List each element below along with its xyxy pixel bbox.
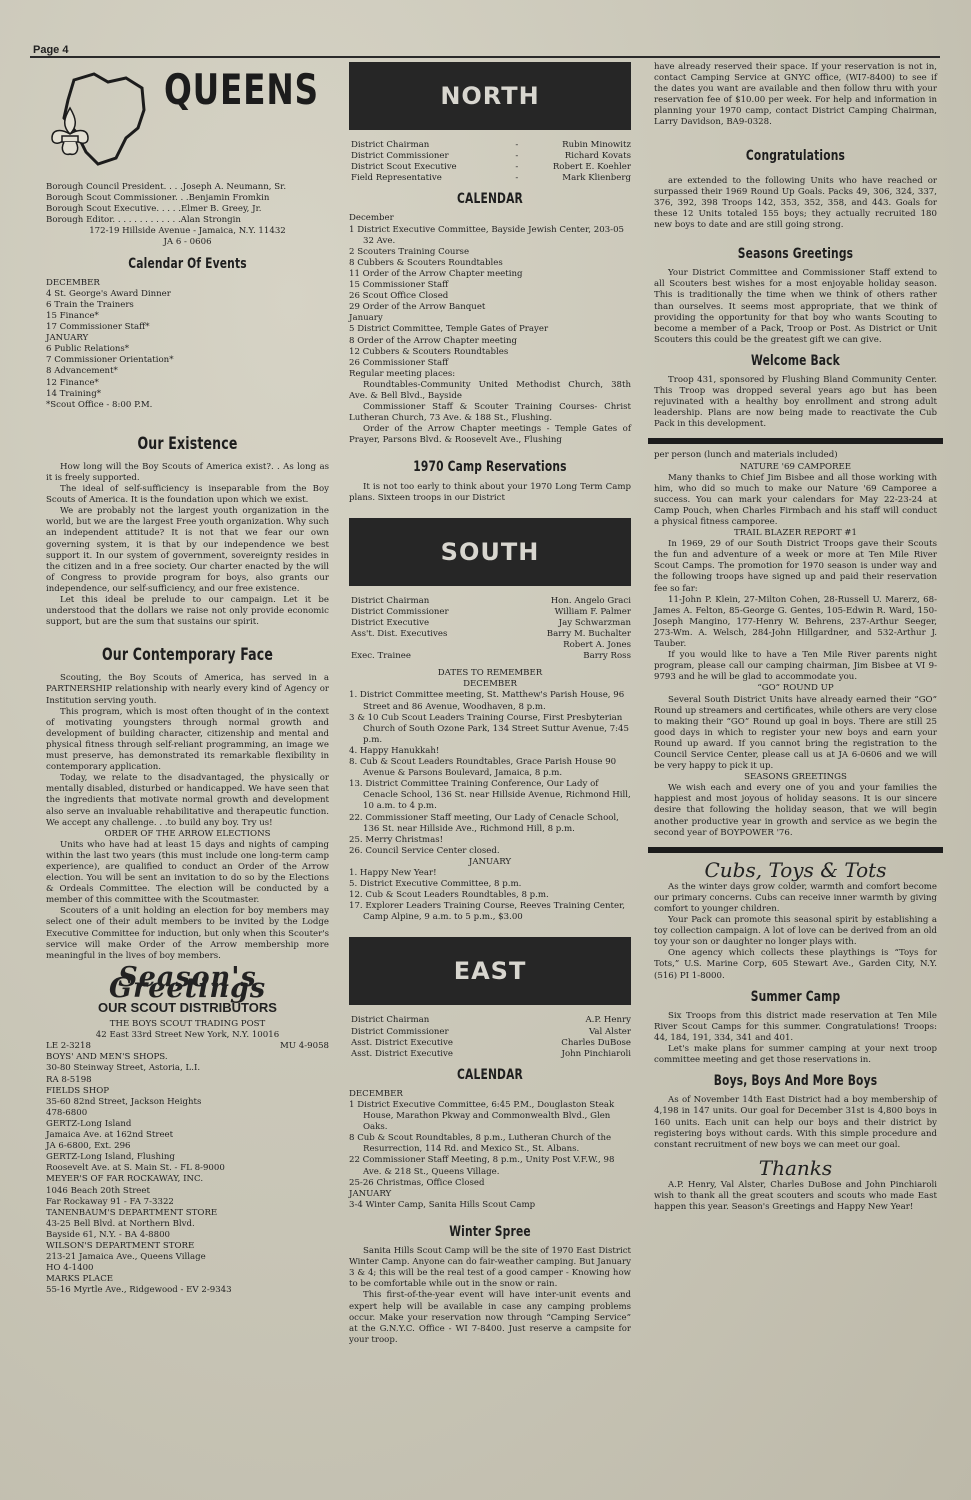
officer-name: Mark Klienberg	[553, 173, 631, 184]
paragraph: Scouters of a unit holding an election f…	[46, 906, 329, 961]
south-december-label: DECEMBER	[349, 679, 631, 690]
congratulations-heading: Congratulations	[679, 151, 911, 162]
distributor-line: FIELDS SHOP	[46, 1086, 329, 1097]
south-greetings-text: We wish each and every one of you and yo…	[654, 783, 937, 838]
south-banner: SOUTH	[349, 518, 631, 586]
thanks-text: A.P. Henry, Val Alster, Charles DuBose a…	[654, 1180, 937, 1213]
dates-to-remember-heading: DATES TO REMEMBER	[349, 668, 631, 679]
contemporary-face-body: Scouting, the Boy Scouts of America, has…	[46, 673, 329, 828]
paragraph: Today, we relate to the disadvantaged, t…	[46, 773, 329, 828]
south-december-list: 1. District Committee meeting, St. Matth…	[349, 690, 631, 856]
officer-role: Field Representative	[351, 173, 481, 184]
north-seasons-greetings-heading: Seasons Greetings	[679, 249, 911, 260]
officer-role: District Scout Executive	[351, 162, 481, 173]
dash: -	[487, 173, 547, 184]
officer-name: William F. Palmer	[547, 607, 631, 618]
officer-name: Rubin Minowitz	[553, 140, 631, 151]
our-existence-heading: Our Existence	[71, 439, 303, 450]
north-officers: District Chairman-Rubin MinowitzDistrict…	[351, 140, 631, 184]
officer-role: District Executive	[351, 618, 541, 629]
calendar-of-events-heading: Calendar Of Events	[71, 259, 303, 270]
officer-name: John Pinchiaroli	[561, 1049, 631, 1060]
thanks-heading: Thanks	[654, 1163, 937, 1174]
officer-role: District Commissioner	[351, 1027, 555, 1038]
queens-map-fleur-de-lis-icon	[46, 66, 156, 171]
officer-role: District Chairman	[351, 1015, 555, 1026]
distributors-heading: OUR SCOUT DISTRIBUTORS	[46, 1002, 329, 1013]
calendar-item: 12 Finance*	[46, 378, 329, 389]
officer-role	[351, 640, 541, 651]
calendar-item: 6 Train the Trainers	[46, 300, 329, 311]
calendar-item: 8 Cub & Scout Roundtables, 8 p.m., Luthe…	[349, 1133, 631, 1155]
distributor-line: MARKS PLACE	[46, 1274, 329, 1285]
east-calendar-list: DECEMBER1 District Executive Committee, …	[349, 1089, 631, 1211]
calendar-item: *Scout Office - 8:00 P.M.	[46, 400, 329, 411]
meeting-place: Order of the Arrow Chapter meetings - Te…	[349, 424, 631, 446]
paragraph: How long will the Boy Scouts of America …	[46, 462, 329, 484]
officer-role: District Chairman	[351, 596, 541, 607]
distributor-line: JA 6-6800, Ext. 296	[46, 1141, 329, 1152]
paragraph: Let's make plans for summer camping at y…	[654, 1044, 937, 1066]
calendar-item: 25-26 Christmas, Office Closed	[349, 1178, 631, 1189]
calendar-item: 26. Council Service Center closed.	[349, 846, 631, 857]
calendar-item: 5. District Executive Committee, 8 p.m.	[349, 879, 631, 890]
welcome-back-text: Troop 431, sponsored by Flushing Bland C…	[654, 375, 937, 430]
boys-text: As of November 14th East District had a …	[654, 1095, 937, 1150]
officer-role: Ass't. Dist. Executives	[351, 629, 541, 640]
oa-elections-subhead: ORDER OF THE ARROW ELECTIONS	[46, 829, 329, 840]
calendar-item: 4 St. George's Award Dinner	[46, 289, 329, 300]
paragraph: Six Troops from this district made reser…	[654, 1011, 937, 1044]
calendar-item: 7 Commissioner Orientation*	[46, 355, 329, 366]
calendar-item: 1. Happy New Year!	[349, 868, 631, 879]
section-divider	[648, 438, 943, 444]
distributor-line: 35-60 82nd Street, Jackson Heights	[46, 1097, 329, 1108]
calendar-item: 1 District Executive Committee, 6:45 P.M…	[349, 1100, 631, 1133]
calendar-of-events-list: DECEMBER 4 St. George's Award Dinner 6 T…	[46, 278, 329, 411]
meeting-place: Roundtables-Community United Methodist C…	[349, 380, 631, 402]
distributor-line: GERTZ-Long Island, Flushing	[46, 1152, 329, 1163]
distributor-line: Bayside 61, N.Y. - BA 4-8800	[46, 1230, 329, 1241]
calendar-item: 8 Order of the Arrow Chapter meeting	[349, 336, 631, 347]
east-calendar-heading: CALENDAR	[374, 1070, 605, 1081]
calendar-item: 15 Finance*	[46, 311, 329, 322]
east-officers: District ChairmanA.P. HenryDistrict Comm…	[351, 1015, 631, 1059]
calendar-item: 29 Order of the Arrow Banquet	[349, 302, 631, 313]
calendar-item: 17 Commissioner Staff*	[46, 322, 329, 333]
paragraph: Let this ideal be prelude to our campaig…	[46, 595, 329, 628]
officer-line: Borough Council President. . . .Joseph A…	[46, 182, 329, 193]
calendar-item: 6 Public Relations*	[46, 344, 329, 355]
trading-post-name: THE BOYS SCOUT TRADING POST	[46, 1019, 329, 1030]
paragraph: Your Pack can promote this seasonal spir…	[654, 915, 937, 948]
distributor-line: 43-25 Bell Blvd. at Northern Blvd.	[46, 1219, 329, 1230]
meeting-place: Commissioner Staff & Scouter Training Co…	[349, 402, 631, 424]
calendar-item: 12. Cub & Scout Leaders Roundtables, 8 p…	[349, 890, 631, 901]
east-banner: EAST	[349, 937, 631, 1005]
paragraph: This first-of-the-year event will have i…	[349, 1290, 631, 1345]
phone-right: MU 4-9058	[280, 1041, 329, 1052]
calendar-item: 3-4 Winter Camp, Sanita Hills Scout Camp	[349, 1200, 631, 1211]
calendar-item: 8 Cubbers & Scouters Roundtables	[349, 258, 631, 269]
calendar-item: 22. Commissioner Staff meeting, Our Lady…	[349, 813, 631, 835]
calendar-item: DECEMBER	[349, 1089, 631, 1100]
calendar-item: 8 Advancement*	[46, 366, 329, 377]
officer-role: Asst. District Executive	[351, 1049, 555, 1060]
calendar-item: 3 & 10 Cub Scout Leaders Training Course…	[349, 713, 631, 746]
dash: -	[487, 162, 547, 173]
calendar-item: 17. Explorer Leaders Training Course, Re…	[349, 901, 631, 923]
oa-elections-body: Units who have had at least 15 days and …	[46, 840, 329, 962]
calendar-item: 13. District Committee Training Conferen…	[349, 779, 631, 812]
north-seasons-greetings-text: Your District Committee and Commissioner…	[654, 268, 937, 346]
seasons-greetings-banner: Season's Greetings	[46, 972, 329, 994]
calendar-item: 22 Commissioner Staff Meeting, 8 p.m., U…	[349, 1155, 631, 1177]
officer-line: Borough Scout Executive. . . . .Elmer B.…	[46, 204, 329, 215]
camp-reservations-text: It is not too early to think about your …	[349, 482, 631, 504]
distributor-line: 1046 Beach 20th Street	[46, 1186, 329, 1197]
officer-name: Robert E. Koehler	[553, 162, 631, 173]
go-round-up-text: Several South District Units have alread…	[654, 695, 937, 773]
calendar-item: JANUARY	[46, 333, 329, 344]
officer-name: Jay Schwarzman	[547, 618, 631, 629]
calendar-item: 1 District Executive Committee, Bayside …	[349, 225, 631, 247]
paragraph: Units who have had at least 15 days and …	[46, 840, 329, 907]
officer-role: District Chairman	[351, 140, 481, 151]
calendar-item: DECEMBER	[46, 278, 329, 289]
distributor-line: WILSON'S DEPARTMENT STORE	[46, 1241, 329, 1252]
camp-reservations-heading: 1970 Camp Reservations	[374, 462, 605, 473]
calendar-item: 15 Commissioner Staff	[349, 280, 631, 291]
winter-spree-heading: Winter Spree	[374, 1227, 605, 1238]
trail-blazer-troops: 11-John P. Klein, 27-Milton Cohen, 28-Ru…	[654, 595, 937, 650]
calendar-item: 14 Training*	[46, 389, 329, 400]
distributor-line: 30-80 Steinway Street, Astoria, L.I.	[46, 1063, 329, 1074]
calendar-item: 26 Commissioner Staff	[349, 358, 631, 369]
south-greetings-heading: SEASONS GREETINGS	[654, 772, 937, 783]
camp-reservations-continued: have already reserved their space. If yo…	[654, 62, 937, 129]
distributor-line: RA 8-5198	[46, 1075, 329, 1086]
congratulations-text: are extended to the following Units who …	[654, 176, 937, 231]
section-divider	[648, 847, 943, 853]
paragraph: The ideal of self-sufficiency is insepar…	[46, 484, 329, 506]
queens-masthead: QUEENS	[46, 66, 329, 176]
calendar-item: Regular meeting places:	[349, 369, 631, 380]
distributor-line: Jamaica Ave. at 162nd Street	[46, 1130, 329, 1141]
calendar-item: JANUARY	[349, 1189, 631, 1200]
officer-name: Hon. Angelo Graci	[547, 596, 631, 607]
officer-role: Exec. Trainee	[351, 651, 541, 662]
officer-name: Barry M. Buchalter	[547, 629, 631, 640]
calendar-item: 12 Cubbers & Scouters Roundtables	[349, 347, 631, 358]
per-person-text: per person (lunch and materials included…	[654, 450, 937, 461]
dash: -	[487, 151, 547, 162]
calendar-item: December	[349, 213, 631, 224]
trail-blazer-heading: TRAIL BLAZER REPORT #1	[654, 528, 937, 539]
queens-title: QUEENS	[164, 84, 319, 95]
officer-name: Barry Ross	[547, 651, 631, 662]
north-banner: NORTH	[349, 62, 631, 130]
go-round-up-heading: “GO” ROUND UP	[654, 683, 937, 694]
page-number: Page 4	[33, 44, 68, 56]
distributor-line: TANENBAUM'S DEPARTMENT STORE	[46, 1208, 329, 1219]
summer-camp-body: Six Troops from this district made reser…	[654, 1011, 937, 1066]
distributor-line: 213-21 Jamaica Ave., Queens Village	[46, 1252, 329, 1263]
south-january-list: 1. Happy New Year!5. District Executive …	[349, 868, 631, 923]
calendar-item: 26 Scout Office Closed	[349, 291, 631, 302]
queens-phone: JA 6 - 0606	[46, 237, 329, 248]
officer-name: Val Alster	[561, 1027, 631, 1038]
districts-middle-column: NORTH District Chairman-Rubin MinowitzDi…	[349, 62, 631, 1346]
trail-blazer-parents: If you would like to have a Ten Mile Riv…	[654, 650, 937, 683]
distributor-line: 55-16 Myrtle Ave., Ridgewood - EV 2-9343	[46, 1285, 329, 1296]
officer-line: Borough Scout Commissioner. . .Benjamin …	[46, 193, 329, 204]
north-meeting-places: Roundtables-Community United Methodist C…	[349, 380, 631, 447]
calendar-item: January	[349, 313, 631, 324]
paragraph: We are probably not the largest youth or…	[46, 506, 329, 595]
queens-officers: Borough Council President. . . .Joseph A…	[46, 182, 329, 249]
top-rule	[30, 56, 940, 58]
calendar-item: 5 District Committee, Temple Gates of Pr…	[349, 324, 631, 335]
trail-blazer-text: In 1969, 29 of our South District Troops…	[654, 539, 937, 594]
trading-post-address: 42 East 33rd Street New York, N.Y. 10016	[46, 1030, 329, 1041]
north-calendar-list: December1 District Executive Committee, …	[349, 213, 631, 379]
distributor-line: GERTZ-Long Island	[46, 1119, 329, 1130]
distributor-line: BOYS' AND MEN'S SHOPS.	[46, 1052, 329, 1063]
distributor-line: HO 4-1400	[46, 1263, 329, 1274]
calendar-item: 25. Merry Christmas!	[349, 835, 631, 846]
distributors-list: BOYS' AND MEN'S SHOPS.30-80 Steinway Str…	[46, 1052, 329, 1296]
paragraph: As the winter days grow colder, warmth a…	[654, 882, 937, 915]
contemporary-face-heading: Our Contemporary Face	[71, 650, 303, 661]
officer-role: District Commissioner	[351, 151, 481, 162]
officer-role: District Commissioner	[351, 607, 541, 618]
nature-camporee-text: Many thanks to Chief Jim Bisbee and all …	[654, 473, 937, 528]
dash: -	[487, 140, 547, 151]
officer-name: Richard Kovats	[553, 151, 631, 162]
officer-line: Borough Editor. . . . . . . . . . . . .A…	[46, 215, 329, 226]
calendar-item: 2 Scouters Training Course	[349, 247, 631, 258]
officer-name: Charles DuBose	[561, 1038, 631, 1049]
districts-right-column: have already reserved their space. If yo…	[654, 62, 937, 1213]
officer-name: A.P. Henry	[561, 1015, 631, 1026]
paragraph: Sanita Hills Scout Camp will be the site…	[349, 1246, 631, 1290]
our-existence-body: How long will the Boy Scouts of America …	[46, 462, 329, 628]
cubs-toys-tots-body: As the winter days grow colder, warmth a…	[654, 882, 937, 982]
cubs-toys-tots-heading: Cubs, Toys & Tots	[654, 865, 937, 876]
paragraph: One agency which collects these playthin…	[654, 948, 937, 981]
paragraph: Scouting, the Boy Scouts of America, has…	[46, 673, 329, 706]
summer-camp-heading: Summer Camp	[679, 992, 911, 1003]
calendar-item: 8. Cub & Scout Leaders Roundtables, Grac…	[349, 757, 631, 779]
welcome-back-heading: Welcome Back	[679, 356, 911, 367]
calendar-item: 11 Order of the Arrow Chapter meeting	[349, 269, 631, 280]
calendar-item: 4. Happy Hanukkah!	[349, 746, 631, 757]
distributor-line: Roosevelt Ave. at S. Main St. - FL 8-900…	[46, 1163, 329, 1174]
south-january-label: JANUARY	[349, 857, 631, 868]
north-calendar-heading: CALENDAR	[374, 194, 605, 205]
boys-heading: Boys, Boys And More Boys	[679, 1076, 911, 1087]
officer-name: Robert A. Jones	[547, 640, 631, 651]
trading-post-phones: LE 2-3218 MU 4-9058	[46, 1041, 329, 1052]
calendar-item: 1. District Committee meeting, St. Matth…	[349, 690, 631, 712]
queens-column: QUEENS Borough Council President. . . .J…	[46, 66, 329, 1296]
paragraph: This program, which is most often though…	[46, 707, 329, 774]
phone-left: LE 2-3218	[46, 1041, 91, 1052]
winter-spree-body: Sanita Hills Scout Camp will be the site…	[349, 1246, 631, 1346]
officer-role: Asst. District Executive	[351, 1038, 555, 1049]
distributor-line: Far Rockaway 91 - FA 7-3322	[46, 1197, 329, 1208]
queens-address: 172-19 Hillside Avenue - Jamaica, N.Y. 1…	[46, 226, 329, 237]
south-officers: District ChairmanHon. Angelo GraciDistri…	[351, 596, 631, 663]
nature-camporee-heading: NATURE '69 CAMPOREE	[654, 462, 937, 473]
distributor-line: MEYER'S OF FAR ROCKAWAY, INC.	[46, 1174, 329, 1185]
distributor-line: 478-6800	[46, 1108, 329, 1119]
